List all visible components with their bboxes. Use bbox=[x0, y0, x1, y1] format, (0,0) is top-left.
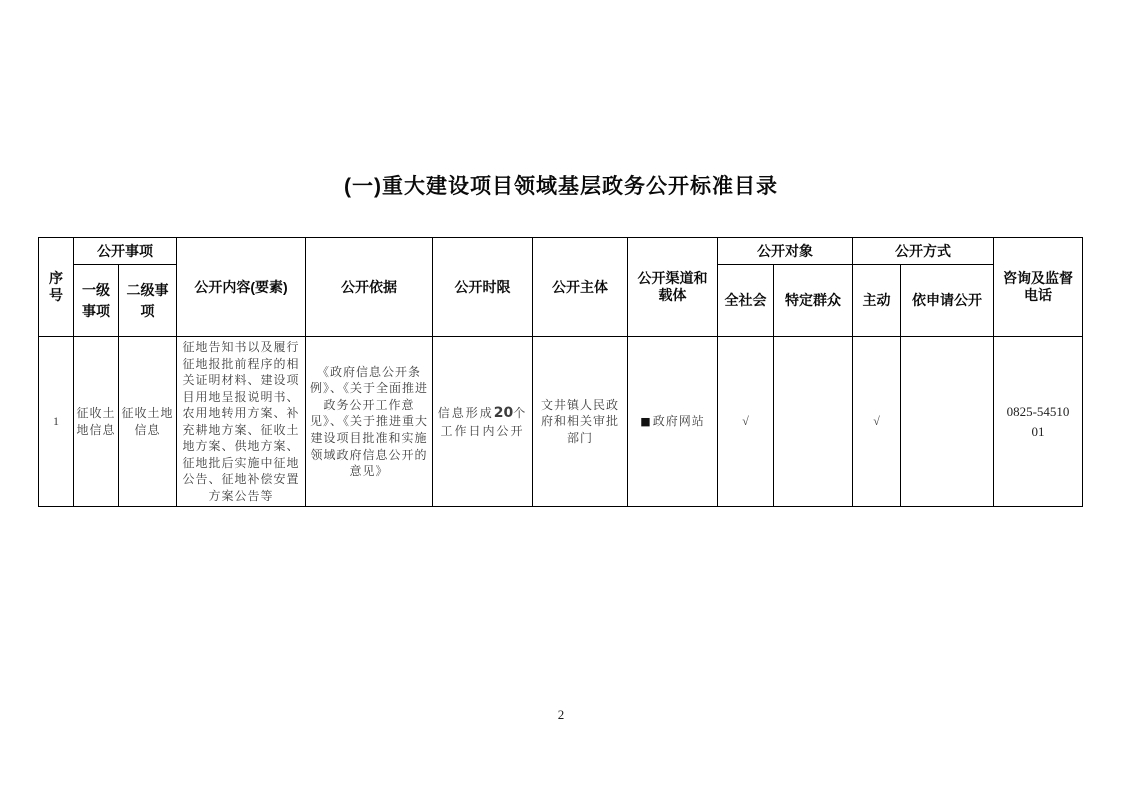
header-public-method: 公开方式 bbox=[853, 238, 994, 265]
cell-serial-number: 1 bbox=[39, 337, 74, 507]
header-whole-society: 全社会 bbox=[718, 265, 774, 337]
header-row-1: 序号 公开事项 公开内容(要素) 公开依据 公开时限 公开主体 公开渠道和载体 … bbox=[39, 238, 1083, 265]
header-public-subject: 公开主体 bbox=[533, 238, 628, 337]
phone-number: 0825-5451001 bbox=[1004, 402, 1072, 442]
page-title: (一)重大建设项目领域基层政务公开标准目录 bbox=[0, 170, 1122, 200]
time-limit-number: 20 bbox=[494, 405, 513, 421]
cell-proactive-check: √ bbox=[853, 337, 901, 507]
header-public-matters: 公开事项 bbox=[74, 238, 177, 265]
table-row: 1 征收土地信息 征收土地信息 征地告知书以及履行征地报批前程序的相关证明材料、… bbox=[39, 337, 1083, 507]
cell-supervision-phone: 0825-5451001 bbox=[994, 337, 1083, 507]
header-supervision-phone: 咨询及监督电话 bbox=[994, 238, 1083, 337]
cell-level1-matter: 征收土地信息 bbox=[74, 337, 119, 507]
header-time-limit: 公开时限 bbox=[433, 238, 533, 337]
header-channel-carrier: 公开渠道和载体 bbox=[628, 238, 718, 337]
cell-public-basis: 《政府信息公开条例》、《关于全面推进政务公开工作意见》、《关于推进重大建设项目批… bbox=[306, 337, 433, 507]
filled-square-marker-icon: ■ bbox=[640, 415, 651, 428]
cell-specific-groups-check bbox=[774, 337, 853, 507]
cell-upon-request-check bbox=[901, 337, 994, 507]
page-number: 2 bbox=[0, 707, 1122, 723]
disclosure-standards-table: 序号 公开事项 公开内容(要素) 公开依据 公开时限 公开主体 公开渠道和载体 … bbox=[38, 237, 1083, 507]
cell-public-content: 征地告知书以及履行征地报批前程序的相关证明材料、建设项目用地呈报说明书、农用地转… bbox=[177, 337, 306, 507]
header-public-basis: 公开依据 bbox=[306, 238, 433, 337]
header-upon-request: 依申请公开 bbox=[901, 265, 994, 337]
header-level2-matters: 二级事项 bbox=[119, 265, 177, 337]
time-limit-prefix: 信息形成 bbox=[438, 406, 494, 420]
cell-channel-carrier: ■政府网站 bbox=[628, 337, 718, 507]
header-level1-matters: 一级事项 bbox=[74, 265, 119, 337]
header-public-audience: 公开对象 bbox=[718, 238, 853, 265]
header-public-content: 公开内容(要素) bbox=[177, 238, 306, 337]
cell-whole-society-check: √ bbox=[718, 337, 774, 507]
header-serial-number: 序号 bbox=[39, 238, 74, 337]
cell-level2-matter: 征收土地信息 bbox=[119, 337, 177, 507]
cell-public-subject: 文井镇人民政府和相关审批部门 bbox=[533, 337, 628, 507]
header-proactive: 主动 bbox=[853, 265, 901, 337]
channel-label: 政府网站 bbox=[653, 414, 705, 428]
header-specific-groups: 特定群众 bbox=[774, 265, 853, 337]
cell-time-limit: 信息形成20个工作日内公开 bbox=[433, 337, 533, 507]
